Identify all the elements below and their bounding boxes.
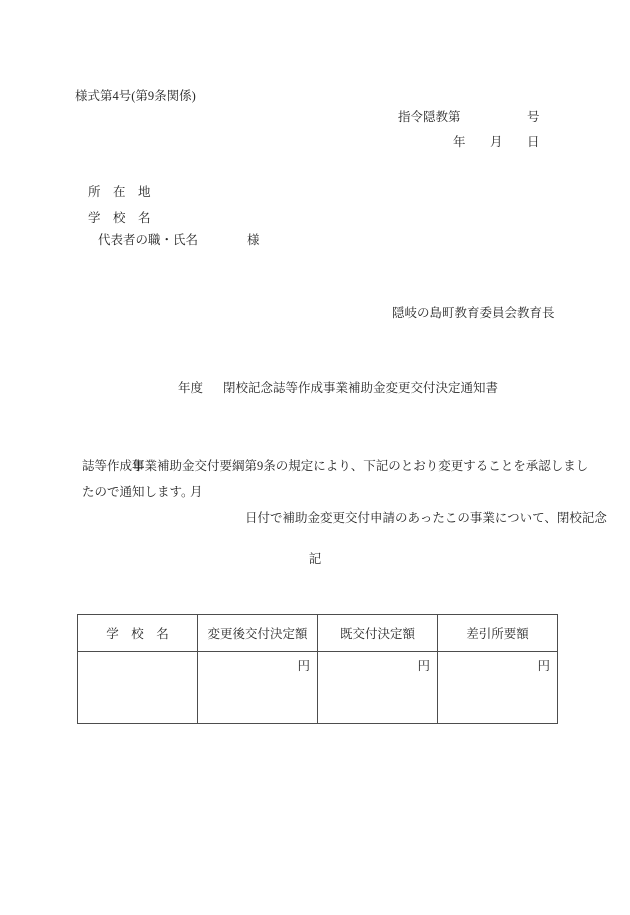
sender-title: 隠岐の島町教育委員会教育長 xyxy=(392,303,555,321)
body-line-3: たので通知します。 xyxy=(82,479,568,505)
cell-changed-amount-yen: 円 xyxy=(198,652,318,724)
col-header-changed-amount: 変更後交付決定額 xyxy=(198,615,318,652)
ki-separator-label: 記 xyxy=(0,549,630,567)
date-month-label: 月 xyxy=(490,132,503,150)
directive-number-suffix: 号 xyxy=(527,107,540,125)
table-header-row: 学 校 名 変更後交付決定額 既交付決定額 差引所要額 xyxy=(78,615,558,652)
addressee-school-label: 学 校 名 xyxy=(88,208,151,226)
addressee-location-label: 所 在 地 xyxy=(88,182,151,200)
addressee-representative-label: 代表者の職・氏名 xyxy=(98,230,198,248)
cell-school-name xyxy=(78,652,198,724)
col-header-school-name: 学 校 名 xyxy=(78,615,198,652)
cell-granted-amount-yen: 円 xyxy=(318,652,438,724)
notification-table: 学 校 名 変更後交付決定額 既交付決定額 差引所要額 円 円 円 xyxy=(77,614,558,724)
addressee-honorific: 様 xyxy=(247,230,260,248)
cell-balance-amount-yen: 円 xyxy=(438,652,558,724)
date-day-label: 日 xyxy=(527,132,540,150)
table-body-row: 円 円 円 xyxy=(78,652,558,724)
body-paragraph: 年 月 日付で補助金変更交付申請のあったこの事業について、閉校記念 誌等作成事業… xyxy=(82,427,568,505)
col-header-balance-amount: 差引所要額 xyxy=(438,615,558,652)
directive-number-label: 指令隠教第 xyxy=(398,107,461,125)
col-header-granted-amount: 既交付決定額 xyxy=(318,615,438,652)
form-number: 様式第4号(第9条関係) xyxy=(75,86,196,104)
document-page: 様式第4号(第9条関係) 指令隠教第 号 年 月 日 所 在 地 学 校 名 代… xyxy=(0,0,630,915)
date-year-label: 年 xyxy=(453,132,466,150)
body-line-2: 誌等作成事業補助金交付要綱第9条の規定により、下記のとおり変更することを承認しま… xyxy=(82,453,568,479)
body-line1-text: 日付で補助金変更交付申請のあったこの事業について、閉校記念 xyxy=(245,505,607,531)
document-title-year: 年度 xyxy=(178,378,203,396)
document-title: 閉校記念誌等作成事業補助金変更交付決定通知書 xyxy=(223,378,498,396)
body-line-1: 年 月 日付で補助金変更交付申請のあったこの事業について、閉校記念 xyxy=(82,427,568,453)
